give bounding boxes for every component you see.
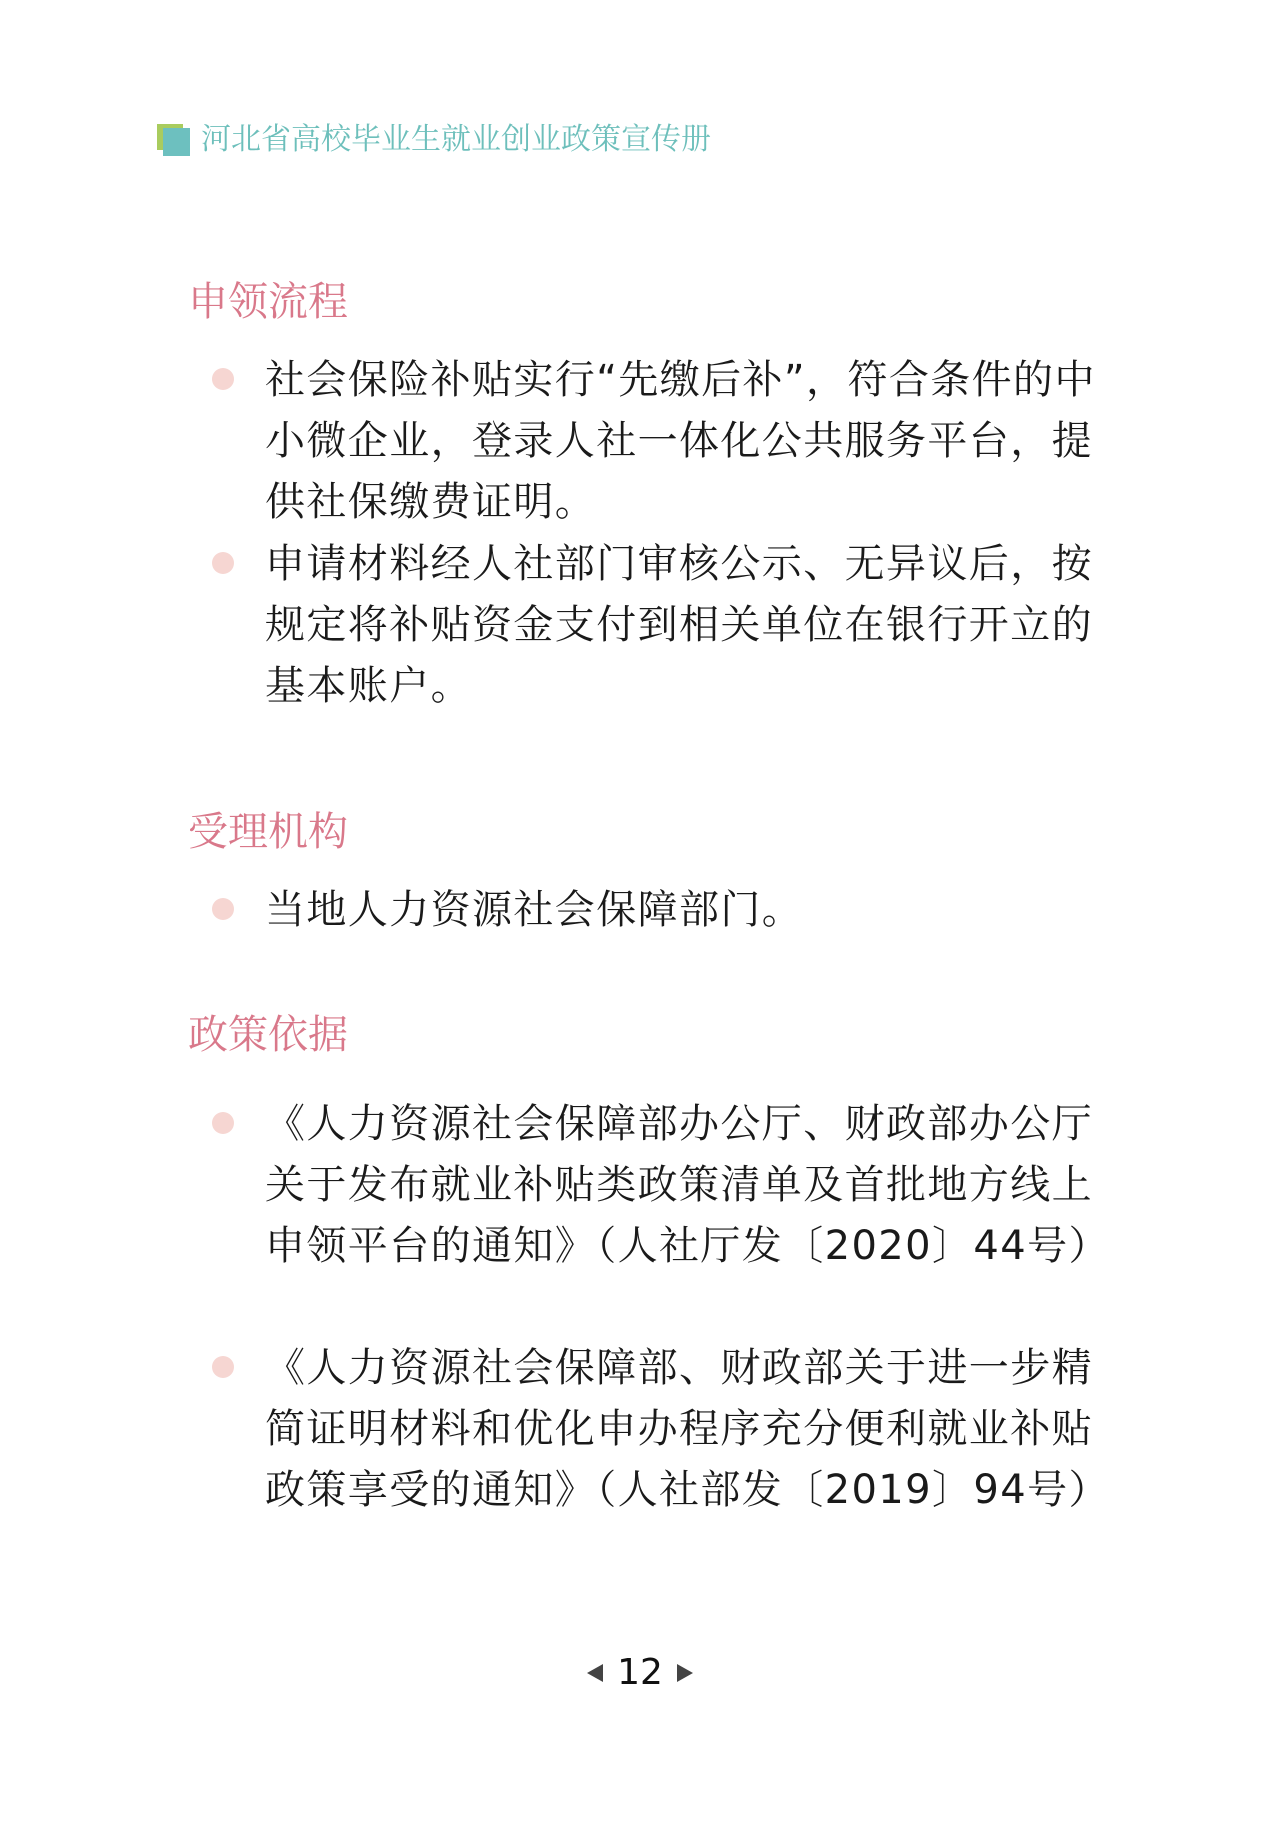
bullet-dot-icon (212, 368, 234, 390)
page-navigator: 12 (0, 1652, 1280, 1693)
booklet-header: 河北省高校毕业生就业创业政策宣传册 (155, 112, 711, 160)
list-item-text: 当地人力资源社会保障部门。 (265, 880, 1125, 941)
section-heading-handling-agency: 受理机构 (188, 800, 348, 857)
section-heading-policy-basis: 政策依据 (188, 1003, 348, 1060)
teal-square (163, 128, 190, 156)
section-heading-application-process: 申领流程 (188, 270, 348, 327)
stacked-squares-icon (155, 118, 191, 154)
list-item-text: 《人力资源社会保障部办公厅、财政部办公厅关于发布就业补贴类政策清单及首批地方线上… (265, 1094, 1125, 1277)
list-item: 当地人力资源社会保障部门。 (212, 880, 1132, 941)
bullet-dot-icon (212, 552, 234, 574)
list-item: 社会保险补贴实行“先缴后补”，符合条件的中小微企业，登录人社一体化公共服务平台，… (212, 350, 1132, 533)
list-item: 《人力资源社会保障部办公厅、财政部办公厅关于发布就业补贴类政策清单及首批地方线上… (212, 1094, 1132, 1277)
list-item-text: 申请材料经人社部门审核公示、无异议后，按规定将补贴资金支付到相关单位在银行开立的… (265, 534, 1125, 717)
list-item: 申请材料经人社部门审核公示、无异议后，按规定将补贴资金支付到相关单位在银行开立的… (212, 534, 1132, 717)
bullet-dot-icon (212, 898, 234, 920)
bullet-dot-icon (212, 1356, 234, 1378)
triangle-right-icon[interactable] (677, 1664, 693, 1682)
list-item-text: 《人力资源社会保障部、财政部关于进一步精简证明材料和优化申办程序充分便利就业补贴… (265, 1338, 1125, 1521)
triangle-left-icon[interactable] (587, 1664, 603, 1682)
list-item-text: 社会保险补贴实行“先缴后补”，符合条件的中小微企业，登录人社一体化公共服务平台，… (265, 350, 1125, 533)
booklet-title: 河北省高校毕业生就业创业政策宣传册 (201, 114, 711, 158)
bullet-dot-icon (212, 1112, 234, 1134)
list-item: 《人力资源社会保障部、财政部关于进一步精简证明材料和优化申办程序充分便利就业补贴… (212, 1338, 1132, 1521)
page-number: 12 (617, 1652, 663, 1693)
